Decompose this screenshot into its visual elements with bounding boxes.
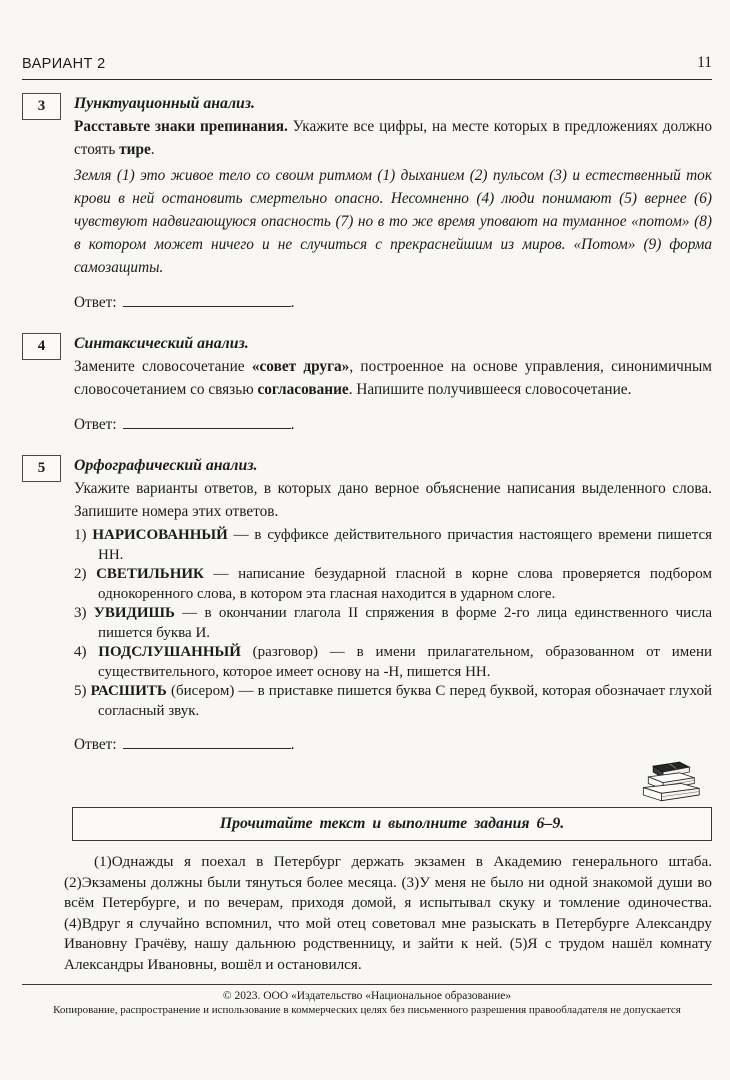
task-3: 3 Пунктуационный анализ. Расставьте знак…	[22, 92, 712, 314]
answer-suffix: .	[291, 294, 295, 311]
answer-suffix: .	[291, 736, 295, 753]
text-segment: (бисером) — в приставке пишется буква С …	[98, 683, 712, 719]
task-4: 4 Синтаксический анализ. Замените словос…	[22, 332, 712, 436]
answer-suffix: .	[291, 416, 295, 433]
text-segment: — в окончании глагола II спряжения в фор…	[98, 605, 712, 641]
option-text: ПОДСЛУШАННЫЙ (разговор) — в имени прилаг…	[98, 644, 712, 680]
text-segment: . Напишите получившееся словосочетание.	[349, 381, 632, 398]
task-3-instruction: Расставьте знаки препинания. Укажите все…	[74, 115, 712, 161]
answer-blank-line	[123, 735, 291, 749]
option-number: 5)	[74, 683, 87, 699]
task-5-title: Орфографический анализ.	[74, 454, 712, 477]
option-text: НАРИСОВАННЫЙ — в суффиксе действительног…	[92, 527, 712, 563]
task-number-box: 3	[22, 93, 61, 120]
task-3-body: Пунктуационный анализ. Расставьте знаки …	[74, 92, 712, 314]
exam-page: ВАРИАНТ 2 11 3 Пунктуационный анализ. Ра…	[0, 54, 730, 1017]
copyright-line: © 2023. ООО «Издательство «Национальное …	[22, 989, 712, 1003]
task-4-title: Синтаксический анализ.	[74, 332, 712, 355]
reading-text: (1)Однажды я поехал в Петербург держать …	[64, 852, 712, 975]
text-segment: согласование	[257, 381, 348, 398]
task-3-answer-row: Ответ:.	[74, 291, 712, 314]
answer-label: Ответ:	[74, 416, 117, 433]
option-4: 4) ПОДСЛУШАННЫЙ (разговор) — в имени при…	[74, 643, 712, 682]
answer-blank-line	[123, 415, 291, 429]
option-5: 5) РАСШИТЬ (бисером) — в приставке пишет…	[74, 682, 712, 721]
text-segment: тире	[119, 141, 151, 158]
option-text: РАСШИТЬ (бисером) — в приставке пишется …	[91, 683, 712, 719]
task-4-answer-row: Ответ:.	[74, 413, 712, 436]
text-segment: ПОДСЛУШАННЫЙ	[98, 644, 241, 660]
variant-label: ВАРИАНТ 2	[22, 56, 106, 72]
task-5-body: Орфографический анализ. Укажите варианты…	[74, 454, 712, 756]
task-number-box: 4	[22, 333, 61, 360]
option-1: 1) НАРИСОВАННЫЙ — в суффиксе действитель…	[74, 526, 712, 565]
illustration-row	[22, 758, 712, 804]
copyright-notice: Копирование, распространение и использов…	[22, 1003, 712, 1017]
option-number: 1)	[74, 527, 87, 543]
answer-label: Ответ:	[74, 736, 117, 753]
text-segment: Замените словосочетание	[74, 358, 252, 375]
option-text: СВЕТИЛЬНИК — написание безударной гласно…	[96, 566, 712, 602]
task-number-box: 5	[22, 455, 61, 482]
text-segment: РАСШИТЬ	[91, 683, 167, 699]
task-5-instruction: Укажите варианты ответов, в которых дано…	[74, 477, 712, 523]
option-number: 4)	[74, 644, 87, 660]
option-text: УВИДИШЬ — в окончании глагола II спряжен…	[94, 605, 712, 641]
answer-label: Ответ:	[74, 294, 117, 311]
page-number: 11	[697, 54, 712, 72]
text-segment: Расставьте знаки препинания.	[74, 118, 288, 135]
option-2: 2) СВЕТИЛЬНИК — написание безударной гла…	[74, 565, 712, 604]
page-footer: © 2023. ООО «Издательство «Национальное …	[22, 984, 712, 1017]
text-segment: «совет друга»	[252, 358, 349, 375]
option-number: 3)	[74, 605, 87, 621]
task-3-title: Пунктуационный анализ.	[74, 92, 712, 115]
option-number: 2)	[74, 566, 87, 582]
answer-blank-line	[123, 293, 291, 307]
task-4-body: Синтаксический анализ. Замените словосоч…	[74, 332, 712, 436]
text-segment: УВИДИШЬ	[94, 605, 175, 621]
reading-instruction-banner: Прочитайте текст и выполните задания 6–9…	[72, 807, 712, 841]
option-3: 3) УВИДИШЬ — в окончании глагола II спря…	[74, 604, 712, 643]
task-5-options: 1) НАРИСОВАННЫЙ — в суффиксе действитель…	[74, 526, 712, 721]
task-5: 5 Орфографический анализ. Укажите вариан…	[22, 454, 712, 756]
text-segment: НАРИСОВАННЫЙ	[92, 527, 227, 543]
task-4-instruction: Замените словосочетание «совет друга», п…	[74, 355, 712, 401]
task-3-passage: Земля (1) это живое тело со своим ритмом…	[74, 164, 712, 279]
text-segment: СВЕТИЛЬНИК	[96, 566, 204, 582]
page-header: ВАРИАНТ 2 11	[22, 54, 712, 80]
task-5-answer-row: Ответ:.	[74, 733, 712, 756]
books-stack-icon	[626, 758, 710, 804]
text-segment: .	[151, 141, 155, 158]
